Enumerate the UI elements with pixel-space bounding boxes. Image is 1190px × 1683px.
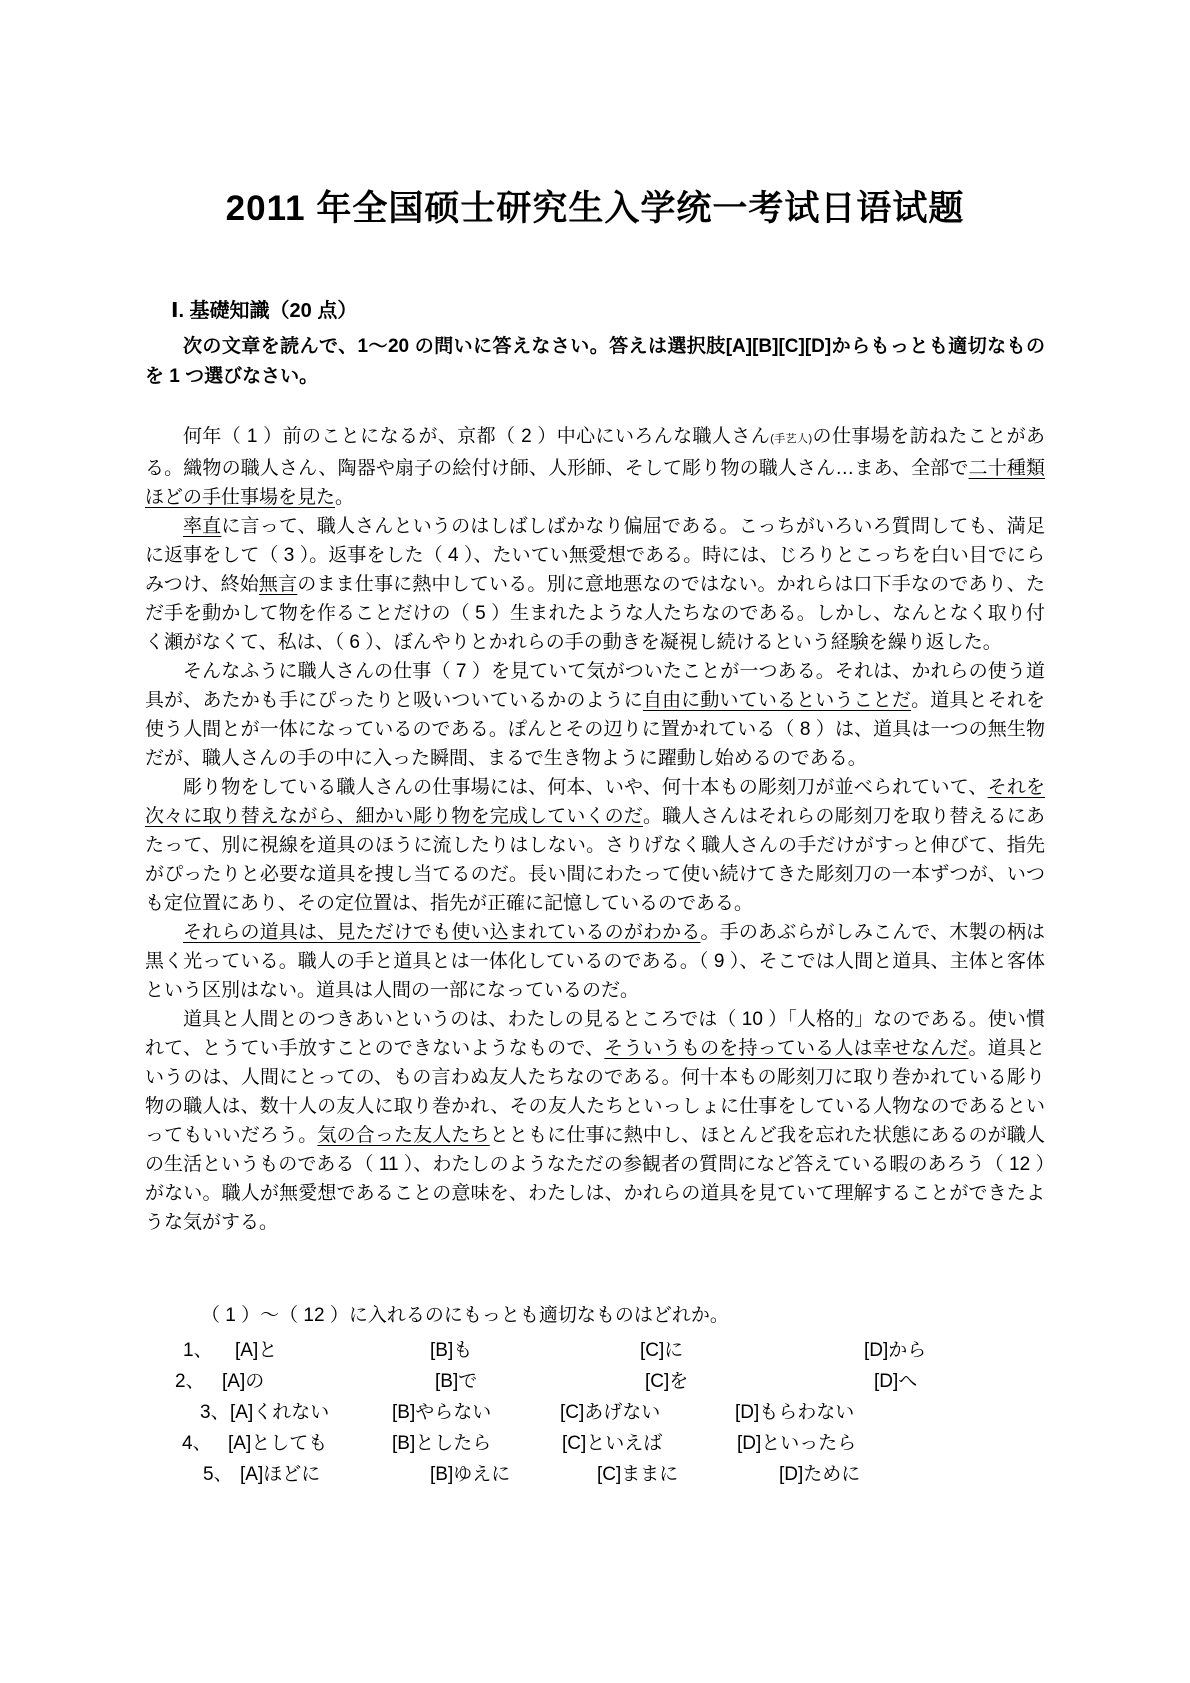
passage-paragraph: 率直に言って、職人さんというのはしばしばかなり偏屈である。こっちがいろいろ質問し… — [145, 512, 1045, 657]
option-B: [B]ゆえに — [430, 1459, 510, 1490]
option-A: [A]くれない — [230, 1397, 329, 1428]
passage-paragraph: 何年（ 1 ）前のことになるが、京都（ 2 ）中心にいろんな職人さん(手艺人)の… — [145, 422, 1045, 512]
option-A: [A]と — [235, 1335, 277, 1366]
passage-text: 何年（ 1 ）前のことになるが、京都（ 2 ）中心にいろんな職人さん — [183, 426, 770, 447]
option-D: [D]もらわない — [735, 1397, 854, 1428]
underlined-text: 率直 — [183, 516, 221, 537]
exam-page: 2011 年全国硕士研究生入学统一考试日语试题 Ⅰ. 基礎知識（20 点） 次の… — [0, 0, 1190, 1683]
option-D: [D]といったら — [737, 1428, 856, 1459]
option-B: [B]やらない — [392, 1397, 491, 1428]
option-C: [C]といえば — [562, 1428, 662, 1459]
passage-paragraph: それらの道具は、見ただけでも使い込まれているのがわかる。手のあぶらがしみこんで、… — [145, 918, 1045, 1005]
section-instructions: 次の文章を読んで、1～20 の問いに答えなさい。答えは選択肢[A][B][C][… — [145, 332, 1045, 392]
question-row: 2、[A]の[B]で[C]を[D]へ — [145, 1366, 1045, 1397]
option-B: [B]で — [435, 1366, 477, 1397]
question-row: 5、[A]ほどに[B]ゆえに[C]ままに[D]ために — [145, 1459, 1045, 1490]
passage: 何年（ 1 ）前のことになるが、京都（ 2 ）中心にいろんな職人さん(手艺人)の… — [145, 422, 1045, 1237]
option-A: [A]の — [222, 1366, 264, 1397]
question-number: 4、 — [182, 1428, 212, 1459]
question-row: 4、[A]としても[B]としたら[C]といえば[D]といったら — [145, 1428, 1045, 1459]
underlined-text: 気の合った友人たち — [317, 1125, 489, 1146]
underlined-text: 自由に動いているということだ — [643, 690, 911, 711]
question-row: 1、[A]と[B]も[C]に[D]から — [145, 1335, 1045, 1366]
underlined-text: 無言 — [259, 574, 297, 595]
option-B: [B]としたら — [392, 1428, 491, 1459]
question-number: 3、 — [200, 1397, 230, 1428]
option-B: [B]も — [430, 1335, 472, 1366]
question-row: 3、[A]くれない[B]やらない[C]あげない[D]もらわない — [145, 1397, 1045, 1428]
passage-paragraph: 道具と人間とのつきあいというのは、わたしの見るところでは（ 10 ）「人格的」な… — [145, 1005, 1045, 1237]
option-D: [D]ために — [779, 1459, 860, 1490]
passage-text: 。 — [335, 487, 354, 508]
page-content: 2011 年全国硕士研究生入学统一考试日语试题 Ⅰ. 基礎知識（20 点） 次の… — [145, 0, 1045, 1490]
passage-paragraph: そんなふうに職人さんの仕事（ 7 ）を見ていて気がついたことが一つある。それは、… — [145, 657, 1045, 773]
underlined-text: そういうものを持っている人は幸せなんだ — [604, 1038, 968, 1059]
questions-prompt: （ 1 ）～（ 12 ）に入れるのにもっとも適切なものはどれか。 — [201, 1301, 1045, 1331]
page-title: 2011 年全国硕士研究生入学统一考试日语试题 — [145, 0, 1045, 230]
passage-paragraph: 彫り物をしている職人さんの仕事場には、何本、いや、何十本もの彫刻刀が並べられてい… — [145, 773, 1045, 918]
option-A: [A]ほどに — [240, 1459, 320, 1490]
underlined-text: それらの道具は、見ただけでも使い込まれているのがわかる — [183, 922, 701, 943]
option-C: [C]に — [640, 1335, 683, 1366]
question-list: 1、[A]と[B]も[C]に[D]から2、[A]の[B]で[C]を[D]へ3、[… — [145, 1335, 1045, 1490]
option-C: [C]ままに — [597, 1459, 678, 1490]
option-C: [C]あげない — [560, 1397, 660, 1428]
passage-text: 彫り物をしている職人さんの仕事場には、何本、いや、何十本もの彫刻刀が並べられてい… — [183, 777, 988, 798]
option-D: [D]から — [864, 1335, 926, 1366]
option-C: [C]を — [645, 1366, 688, 1397]
question-number: 1、 — [183, 1335, 213, 1366]
option-A: [A]としても — [228, 1428, 327, 1459]
gloss-annotation: (手艺人) — [770, 433, 812, 445]
section-heading: Ⅰ. 基礎知識（20 点） — [171, 298, 1045, 324]
question-number: 2、 — [175, 1366, 205, 1397]
option-D: [D]へ — [874, 1366, 917, 1397]
question-number: 5、 — [203, 1459, 233, 1490]
